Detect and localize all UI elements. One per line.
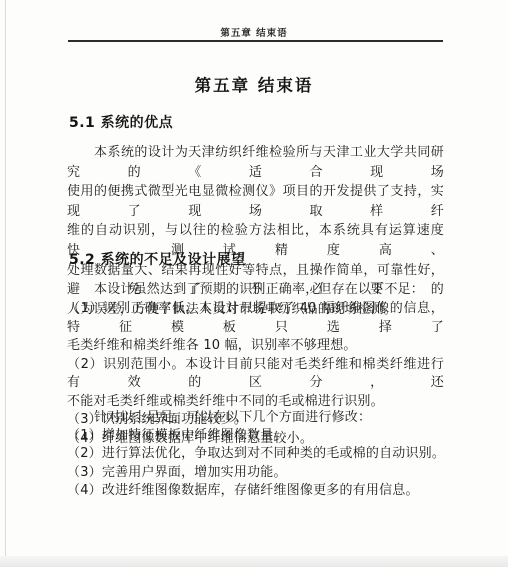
section-5-2-intro: 本设计虽然达到了预期的识别正确率，但存在以下不足： xyxy=(67,281,444,299)
list-item-line: 毛类纤维和棉类纤维各 10 幅，识别率不够理想。 xyxy=(67,337,444,356)
list-item-line: （3）完善用户界面，增加实用功能。 xyxy=(67,464,444,482)
list-item-line: （4）改进纤维图像数据库，存储纤维图像更多的有用信息。 xyxy=(67,482,444,500)
scan-bottom-band xyxy=(0,556,508,567)
paragraph-line: 针对以上足足，可以在以下几个方面进行修改： xyxy=(67,409,444,427)
section-5-2-heading: 5.2 系统的不足及设计展望 xyxy=(69,249,246,269)
transition-line: 针对以上足足，可以在以下几个方面进行修改： xyxy=(67,409,444,427)
list-item-line: （1）增加特征模板中纤维图像数量。 xyxy=(67,427,444,445)
list-item-line: （1）识别正确率低。本设计只提取了 40 幅纤维图像的信息，特征模板只选择了 xyxy=(67,300,444,337)
list-item-line: （2）识别范围小。本设计目前只能对毛类纤维和棉类纤维进行有效的区分，还 xyxy=(67,356,444,393)
chapter-title: 第五章 结束语 xyxy=(0,72,508,96)
paragraph-line: 使用的便携式微型光电显微检测仪》项目的开发提供了支持，实现了现场取样纤 xyxy=(67,182,444,221)
section-5-1-heading: 5.1 系统的优点 xyxy=(69,112,173,132)
improvements-list: （1）增加特征模板中纤维图像数量。 （2）进行算法优化，争取达到对不同种类的毛或… xyxy=(67,427,444,501)
running-header: 第五章 结束语 xyxy=(0,25,508,39)
document-page: 第五章 结束语 第五章 结束语 5.1 系统的优点 本系统的设计为天津纺织纤维检… xyxy=(0,0,508,567)
list-item-line: （2）进行算法优化，争取达到对不同种类的毛或棉的自动识别。 xyxy=(67,445,444,463)
header-rule xyxy=(68,40,443,42)
paragraph-line: 本系统的设计为天津纺织纤维检验所与天津工业大学共同研究的《适合现场 xyxy=(67,143,444,182)
paragraph-line: 本设计虽然达到了预期的识别正确率，但存在以下不足： xyxy=(67,281,444,299)
